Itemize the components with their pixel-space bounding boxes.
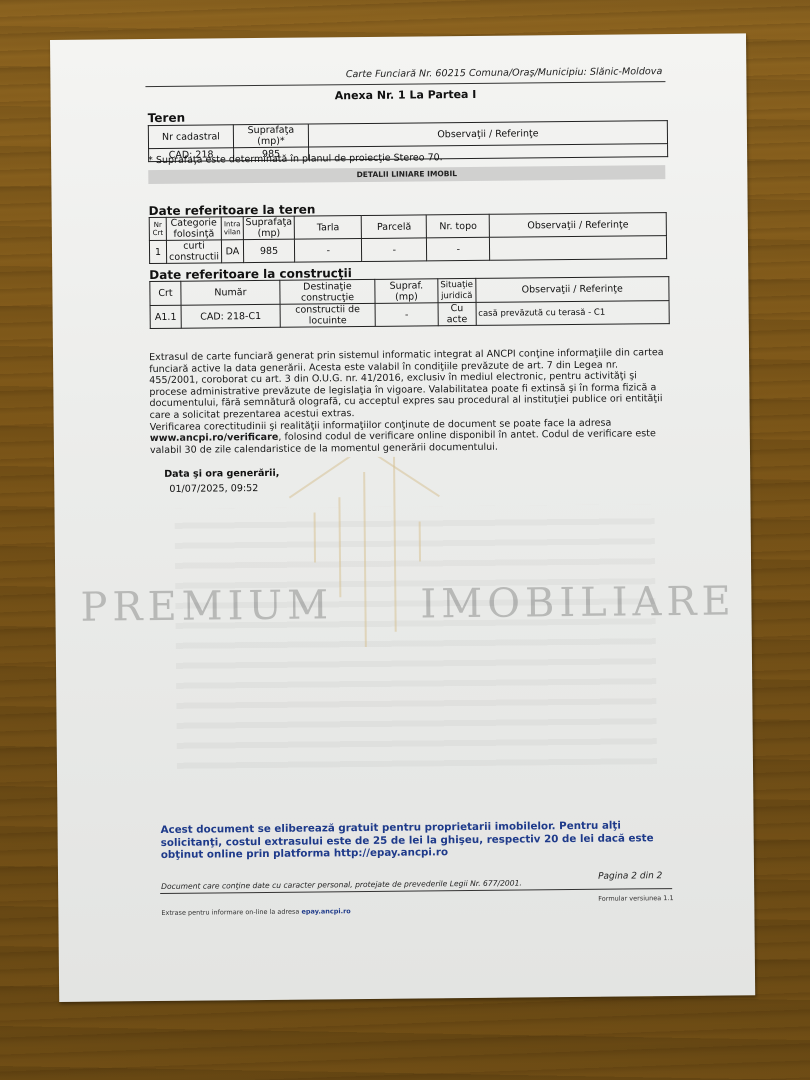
col-tarla: Tarla [294, 216, 361, 240]
col-numar: Număr [181, 280, 280, 305]
cell-observatii: casă prevăzută cu terasă - C1 [476, 301, 670, 326]
col-observatii: Observaţii / Referinţe [489, 213, 666, 238]
carte-funciara-header: Carte Funciară Nr. 60215 Comuna/Oraş/Mun… [150, 66, 662, 82]
fee-notice: Acest document se eliberează gratuit pen… [161, 819, 681, 861]
teren-title: Teren [148, 111, 185, 125]
extras-legal-text: Extrasul de carte funciară generat prin … [149, 347, 670, 456]
cell-suprafata: 985 [243, 239, 295, 262]
cell-categorie: curti constructii [166, 240, 221, 264]
anexa-title: Anexa Nr. 1 La Partea I [145, 86, 665, 104]
cell-destinatie: constructii de locuinte [280, 303, 375, 327]
cell-supraf: - [375, 303, 438, 327]
col-destinatie: Destinaţie construcţie [280, 279, 375, 304]
col-parcela: Parcelă [361, 215, 426, 239]
col-nr-crt: Nr Crt [149, 217, 166, 240]
verificare-link[interactable]: www.ancpi.ro/verificare [150, 432, 279, 444]
epay-link[interactable]: epay.ancpi.ro [301, 907, 350, 915]
page-number: Pagina 2 din 2 [598, 871, 662, 882]
watermark-right: IMOBILIARE [420, 578, 736, 627]
date-constructii-table: Crt Număr Destinaţie construcţie Supraf.… [149, 276, 669, 329]
stereo70-footnote: * Suprafaţa este determinată în planul d… [148, 152, 443, 166]
col-situatie-juridica: Situaţie juridică [438, 278, 476, 302]
cell-observatii [490, 236, 667, 261]
watermark-left: PREMIUM [80, 582, 333, 630]
col-intravilan: Intra vilan [221, 217, 243, 240]
col-observatii: Observaţii / Referinţe [475, 277, 669, 303]
cell-numar: CAD: 218-C1 [181, 304, 280, 328]
extras-online-prefix: Extrase pentru informare on-line la adre… [161, 908, 301, 917]
cell-tarla: - [295, 239, 362, 263]
col-crt: Crt [150, 281, 181, 305]
col-suprafata: Suprafaţa (mp) [243, 216, 295, 239]
extras-paragraph-1: Extrasul de carte funciară generat prin … [149, 347, 664, 421]
table-row: A1.1 CAD: 218-C1 constructii de locuinte… [150, 301, 669, 329]
date-teren-table: Nr Crt Categorie folosinţă Intra vilan S… [149, 212, 667, 264]
col-suprafata: Suprafaţa (mp)* [233, 124, 308, 148]
col-nr-cadastral: Nr cadastral [148, 125, 233, 149]
extras-online-note: Extrase pentru informare on-line la adre… [161, 907, 350, 917]
generation-date-label: Data şi ora generării, [164, 468, 279, 480]
table-row: 1 curti constructii DA 985 - - - [149, 236, 666, 264]
form-version: Formular versiunea 1.1 [598, 894, 673, 903]
document-page: Carte Funciară Nr. 60215 Comuna/Oraş/Mun… [50, 33, 755, 1002]
cell-parcela: - [362, 238, 427, 262]
col-categorie: Categorie folosinţă [166, 217, 221, 241]
cell-intravilan: DA [221, 240, 243, 263]
premium-imobiliare-watermark: PREMIUM IMOBILIARE [80, 578, 740, 630]
col-nr-topo: Nr. topo [426, 214, 489, 238]
col-supraf: Supraf. (mp) [375, 279, 438, 304]
detalii-liniare-bar: DETALII LINIARE IMOBIL [148, 165, 665, 184]
col-observatii: Observaţii / Referinţe [308, 121, 667, 147]
cell-nr-topo: - [427, 237, 490, 261]
cell-situatie-juridica: Cu acte [438, 302, 476, 325]
cell-nr-crt: 1 [149, 240, 166, 263]
generation-date-value: 01/07/2025, 09:52 [169, 483, 258, 495]
cell-crt: A1.1 [150, 305, 181, 328]
